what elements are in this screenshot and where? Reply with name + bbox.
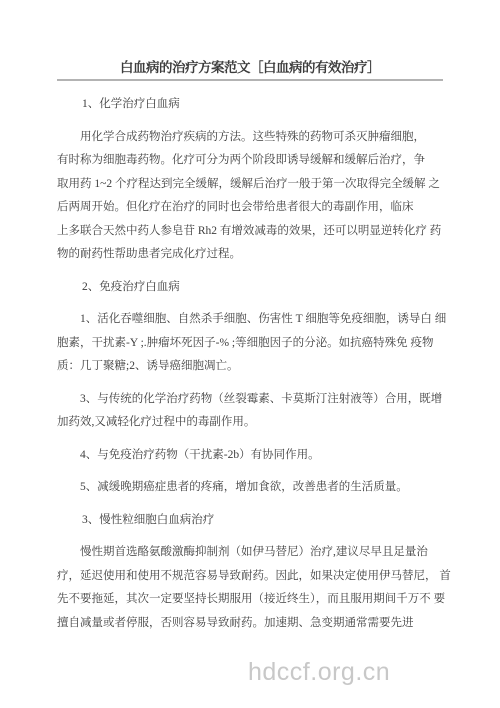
para-line: 疗，延迟使用和使用不规范容易导致耐药。因此，如果决定使用伊马替尼， 首 [57,565,443,589]
para-line: 擅自减量或者停服，否则容易导致耐药。加速期、急变期通常需要先进 [57,612,443,636]
document-content: 白血病的治疗方案范文［白血病的有效治疗］ 1、化学治疗白血病 用化学合成药物治疗… [57,0,443,635]
para-line: 1、活化吞噬细胞、自然杀手细胞、伤害性 T 细胞等免疫细胞，诱导白 细 [57,308,443,332]
document-page: 白血病的治疗方案范文［白血病的有效治疗］ 1、化学治疗白血病 用化学合成药物治疗… [0,0,500,708]
para-line: 4、与免疫治疗药物（干扰素-2b）有协同作用。 [57,444,443,468]
para-line: 上多联合天然中药人参皂苷 Rh2 有增效减毒的效果，还可以明显逆转化疗 药 [57,220,443,244]
para-line: 物的耐药性帮助患者完成化疗过程。 [57,243,443,267]
watermark: hdccf.org.cn [248,658,390,687]
para-line: 有时称为细胞毒药物。化疗可分为两个阶段即诱导缓解和缓解后治疗，争 [57,149,443,173]
paragraph-cml-treatment: 慢性期首选酪氨酸激酶抑制剂（如伊马替尼）治疗,建议尽早且足量治 疗，延迟使用和使… [57,541,443,635]
title-underline [57,79,443,81]
para-line: 用化学合成药物治疗疾病的方法。这些特殊的药物可杀灭肿瘤细胞， [57,126,443,150]
para-line: 5、减缓晚期癌症患者的疼痛，增加食欲，改善患者的生活质量。 [57,476,443,500]
para-line: 慢性期首选酪氨酸激酶抑制剂（如伊马替尼）治疗,建议尽早且足量治 [57,541,443,565]
paragraph-quality-of-life: 5、减缓晚期癌症患者的疼痛，增加食欲，改善患者的生活质量。 [57,476,443,500]
para-line: 3、与传统的化学治疗药物（丝裂霉素、卡莫斯汀注射液等）合用，既增 [57,388,443,412]
para-line: 先不要拖延，其次一定要坚持长期服用（接近终生），而且服用期间千万不 要 [57,588,443,612]
paragraph-immune-cells: 1、活化吞噬细胞、自然杀手细胞、伤害性 T 细胞等免疫细胞，诱导白 细 胞素，干… [57,308,443,379]
para-line: 后两周开始。但化疗在治疗的同时也会带给患者很大的毒副作用，临床 [57,196,443,220]
para-line: 质：几丁聚糖;2、诱导癌细胞凋亡。 [57,355,443,379]
para-line: 加药效,又减轻化疗过程中的毒副作用。 [57,411,443,435]
paragraph-chemotherapy: 用化学合成药物治疗疾病的方法。这些特殊的药物可杀灭肿瘤细胞， 有时称为细胞毒药物… [57,126,443,267]
section-heading-chemotherapy: 1、化学治疗白血病 [57,93,443,117]
page-title: 白血病的治疗方案范文［白血病的有效治疗］ [57,57,443,78]
para-line: 胞素，干扰素-Y ;.肿瘤坏死因子-% ;等细胞因子的分泌。如抗癌特殊免 疫物 [57,332,443,356]
para-line: 取用药 1~2 个疗程达到完全缓解，缓解后治疗一般于第一次取得完全缓解 之 [57,173,443,197]
section-heading-immunotherapy: 2、免疫治疗白血病 [57,276,443,300]
paragraph-synergy: 4、与免疫治疗药物（干扰素-2b）有协同作用。 [57,444,443,468]
paragraph-combined-chemo: 3、与传统的化学治疗药物（丝裂霉素、卡莫斯汀注射液等）合用，既增 加药效,又减轻… [57,388,443,435]
section-heading-cml-treatment: 3、慢性粒细胞白血病治疗 [57,509,443,533]
